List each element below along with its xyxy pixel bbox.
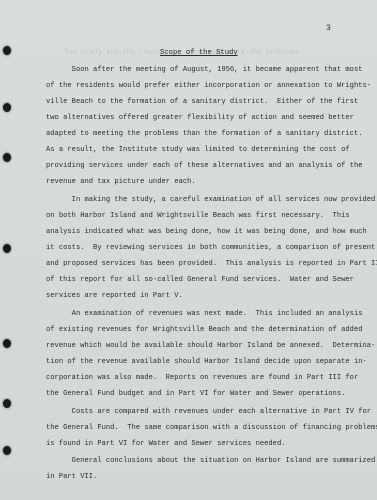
text-line: As a result, the Institute study was lim…	[46, 146, 350, 154]
text-line: adapted to meeting the problems than the…	[46, 130, 363, 138]
text-line: tion of the revenue available should Har…	[46, 358, 367, 366]
text-line: the General Fund. The same comparison wi…	[46, 424, 377, 432]
text-line: in Part VII.	[46, 473, 97, 481]
text-line: it costs. By reviewing services in both …	[46, 244, 375, 252]
text-line: ville Beach to the formation of a sanita…	[46, 98, 358, 106]
page-number: 3	[326, 24, 331, 33]
punch-hole-icon	[3, 244, 11, 253]
text-line: analysis indicated what was being done, …	[46, 228, 367, 236]
text-line: Soon after the meeting of August, 1956, …	[46, 66, 363, 74]
text-line: on both Harbor Island and Wrightsville B…	[46, 212, 350, 220]
text-line: In making the study, a careful examinati…	[46, 196, 375, 204]
section-title: Scope of the Study	[160, 49, 238, 57]
text-line: Costs are compared with revenues under e…	[46, 408, 371, 416]
text-line: of existing revenues for Wrightsville Be…	[46, 326, 363, 334]
punch-hole-icon	[3, 46, 11, 55]
punch-hole-icon	[3, 339, 11, 348]
text-line: corporation was also made. Reports on re…	[46, 374, 358, 382]
text-line: two alternatives offered greater flexibi…	[46, 114, 354, 122]
document-page: 3 The study and the report ... concerned…	[0, 0, 377, 500]
punch-hole-icon	[3, 153, 11, 162]
punch-hole-icon	[3, 103, 11, 112]
text-line: is found in Part VI for Water and Sewer …	[46, 440, 286, 448]
punch-hole-icon	[3, 399, 11, 408]
text-line: of the residents would prefer either inc…	[46, 82, 371, 90]
text-line: General conclusions about the situation …	[46, 457, 375, 465]
text-line: and proposed services has been provided.…	[46, 260, 377, 268]
text-line: An examination of revenues was next made…	[46, 310, 363, 318]
text-line: revenue and tax picture under each.	[46, 178, 196, 186]
text-line: revenue which would be available should …	[46, 342, 375, 350]
text-line: services are reported in Part V.	[46, 292, 183, 300]
text-line: of this report for all so-called General…	[46, 276, 354, 284]
text-line: the General Fund budget and in Part VI f…	[46, 390, 345, 398]
punch-hole-icon	[3, 446, 11, 455]
text-line: providing services under each of these a…	[46, 162, 363, 170]
